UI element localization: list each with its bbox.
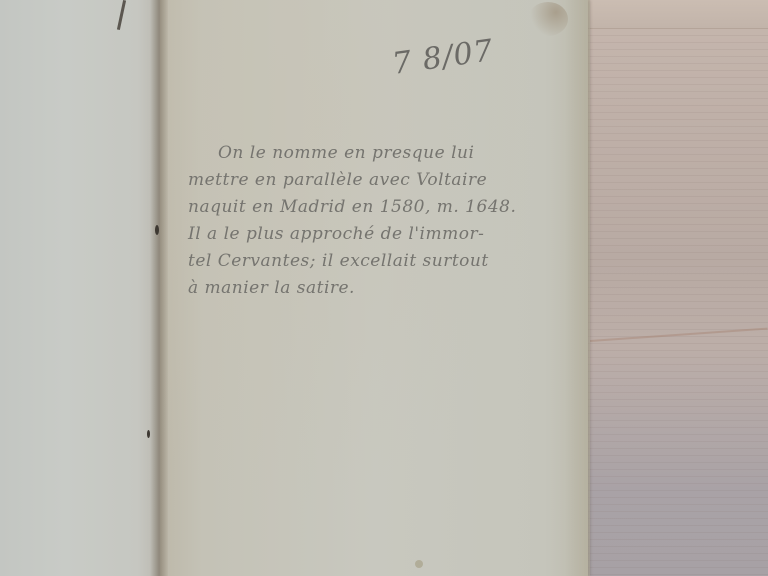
- handwritten-note: On le nomme en presque lui mettre en par…: [188, 140, 588, 302]
- ink-speck: [155, 225, 159, 235]
- spine-shadow: [150, 0, 168, 576]
- ink-speck: [147, 430, 150, 438]
- left-page: [0, 0, 162, 576]
- note-line: naquit en Madrid en 1580, m. 1648.: [188, 194, 588, 221]
- note-line: à manier la satire.: [188, 275, 588, 302]
- note-line: mettre en parallèle avec Voltaire: [188, 167, 588, 194]
- note-line: tel Cervantes; il excellait surtout: [188, 248, 588, 275]
- stain-spot: [415, 560, 423, 568]
- page-corner-wear: [528, 2, 568, 36]
- wood-plank-top: [560, 0, 768, 29]
- wooden-table-surface: [560, 0, 768, 576]
- note-line: On le nomme en presque lui: [188, 140, 588, 167]
- note-line: Il a le plus approché de l'immor-: [188, 221, 588, 248]
